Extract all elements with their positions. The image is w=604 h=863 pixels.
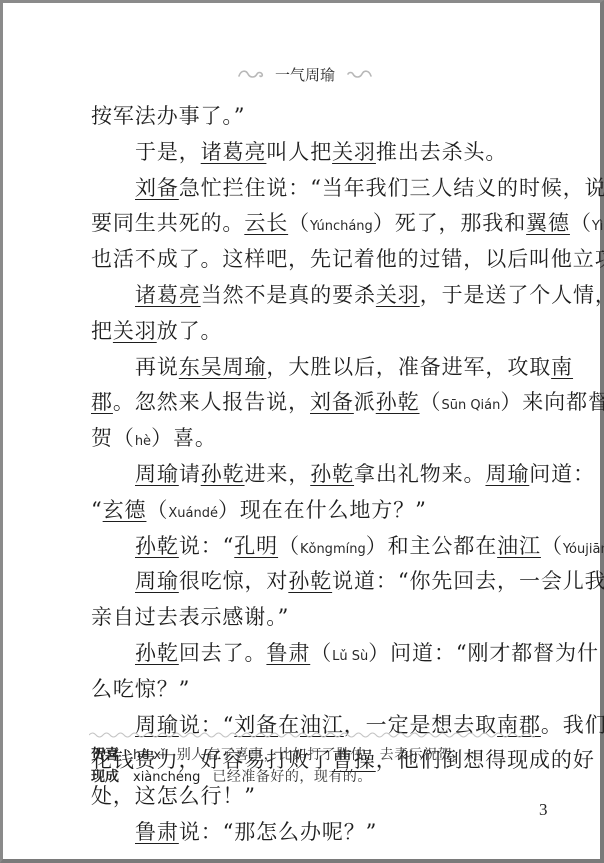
proper-noun: 孙乾 <box>376 390 420 414</box>
glossary-term: 贺喜 <box>91 744 133 766</box>
text-run: 也活不成了。这样吧，先记着他的过错，以后叫他立功。” <box>91 247 604 271</box>
swirl-ornament-right-icon <box>345 67 373 81</box>
text-line: 孙乾回去了。鲁肃（Lǔ Sù）问道：“刚才都督为什 <box>91 636 535 672</box>
text-line: 也活不成了。这样吧，先记着他的过错，以后叫他立功。” <box>91 242 535 278</box>
text-run: 推出去杀头。 <box>376 140 507 164</box>
text-run: （ <box>570 211 592 235</box>
proper-noun: 周瑜 <box>485 462 529 486</box>
text-run: 很吃惊，对 <box>179 569 289 593</box>
text-run: 进来， <box>245 462 311 486</box>
text-run: 要同生共死的。 <box>91 211 244 235</box>
text-line: 郡。忽然来人报告说，刘备派孙乾（Sūn Qián）来向都督 <box>91 385 535 421</box>
glossary-definition: 已经准备好的，现有的。 <box>212 769 372 785</box>
proper-noun: 郡 <box>91 390 113 414</box>
text-run: ）现在在什么地方？” <box>218 498 427 522</box>
proper-noun: 刘备 <box>135 176 179 200</box>
proper-noun: 诸葛亮 <box>135 283 201 307</box>
text-run: 放了。 <box>157 319 223 343</box>
proper-noun: 孔明 <box>234 534 278 558</box>
text-run: ）来向都督 <box>500 390 604 414</box>
text-run: 急忙拦住说：“当年我们三人结义的时候，说过 <box>179 176 604 200</box>
glossary-term: 现成 <box>91 766 133 788</box>
proper-noun: 关羽 <box>376 283 420 307</box>
pinyin-annotation: Yìdé <box>592 219 604 234</box>
glossary-pinyin: hè xǐ <box>133 745 165 767</box>
proper-noun: 孙乾 <box>310 462 354 486</box>
text-run: 。忽然来人报告说， <box>113 390 310 414</box>
proper-noun: 关羽 <box>113 319 157 343</box>
proper-noun: 油江 <box>497 534 541 558</box>
proper-noun: 云长 <box>244 211 288 235</box>
text-run: （ <box>420 390 442 414</box>
proper-noun: 东吴周瑜 <box>179 355 267 379</box>
book-page: 一气周瑜 按军法办事了。”于是，诸葛亮叫人把关羽推出去杀头。刘备急忙拦住说：“当… <box>0 0 604 863</box>
text-line: 周瑜请孙乾进来，孙乾拿出礼物来。周瑜问道： <box>91 457 535 493</box>
text-line: “玄德（Xuándé）现在在什么地方？” <box>91 493 535 529</box>
text-line: 贺（hè）喜。 <box>91 421 535 457</box>
proper-noun: 刘备 <box>310 390 354 414</box>
text-run: 说：“ <box>179 534 234 558</box>
text-line: 鲁肃说：“那怎么办呢？” <box>91 815 535 851</box>
text-run: 说：“那怎么办呢？” <box>179 820 377 844</box>
text-run: 按军法办事了。” <box>91 104 245 128</box>
text-line: 于是，诸葛亮叫人把关羽推出去杀头。 <box>91 135 535 171</box>
proper-noun: 孙乾 <box>135 641 179 665</box>
text-run: 请 <box>179 462 201 486</box>
ornamental-divider <box>89 731 535 739</box>
text-line: 孙乾说：“孔明（Kǒngmíng）和主公都在油江（Yóujiāng）。” <box>91 529 535 565</box>
swirl-ornament-left-icon <box>237 67 265 81</box>
pinyin-annotation: Xuándé <box>168 506 218 521</box>
text-run: （ <box>541 534 563 558</box>
proper-noun: 南 <box>551 355 573 379</box>
text-line: 周瑜很吃惊，对孙乾说道：“你先回去，一会儿我 <box>91 564 535 600</box>
proper-noun: 鲁肃 <box>266 641 310 665</box>
text-run: （ <box>310 641 332 665</box>
proper-noun: 关羽 <box>332 140 376 164</box>
text-run: 叫人把 <box>266 140 332 164</box>
text-run: ，大胜以后，准备进军，攻取 <box>266 355 551 379</box>
pinyin-annotation: Yóujiāng <box>563 542 604 557</box>
proper-noun: 翼德 <box>526 211 570 235</box>
text-run: 问道： <box>529 462 595 486</box>
text-run: ）和主公都在 <box>366 534 497 558</box>
text-run: 贺（ <box>91 426 135 450</box>
pinyin-annotation: Yúncháng <box>310 219 373 234</box>
text-line: 刘备急忙拦住说：“当年我们三人结义的时候，说过 <box>91 171 535 207</box>
text-run: （ <box>278 534 300 558</box>
proper-noun: 玄德 <box>103 498 147 522</box>
text-run: 派 <box>354 390 376 414</box>
text-run: ）死了，那我和 <box>373 211 526 235</box>
page-number: 3 <box>539 800 548 820</box>
glossary-definition: 别人有了喜事，比如打了胜仗，去表示祝贺。 <box>177 747 467 763</box>
text-run: 把 <box>91 319 113 343</box>
proper-noun: 诸葛亮 <box>201 140 267 164</box>
proper-noun: 周瑜 <box>135 569 179 593</box>
text-run: （ <box>288 211 310 235</box>
proper-noun: 周瑜 <box>135 462 179 486</box>
text-line: 诸葛亮当然不是真的要杀关羽，于是送了个人情， <box>91 278 535 314</box>
text-run: 么吃惊？” <box>91 677 190 701</box>
text-line: 要同生共死的。云长（Yúncháng）死了，那我和翼德（Yìdé） <box>91 206 535 242</box>
vocabulary-glossary: 贺喜hè xǐ别人有了喜事，比如打了胜仗，去表示祝贺。现成xiànchéng已经… <box>91 744 537 788</box>
text-run: 拿出礼物来。 <box>354 462 485 486</box>
text-run: （ <box>146 498 168 522</box>
running-head: 一气周瑜 <box>3 62 604 86</box>
text-run: 于是， <box>135 140 201 164</box>
text-run: ，于是送了个人情， <box>420 283 604 307</box>
text-run: 当然不是真的要杀 <box>201 283 376 307</box>
pinyin-annotation: Kǒngmíng <box>300 542 366 557</box>
proper-noun: 孙乾 <box>201 462 245 486</box>
pinyin-annotation: hè <box>135 434 151 449</box>
pinyin-annotation: Lǔ Sù <box>332 649 368 664</box>
text-run: 回去了。 <box>179 641 267 665</box>
text-line: 再说东吴周瑜，大胜以后，准备进军，攻取南 <box>91 350 535 386</box>
text-run: 再说 <box>135 355 179 379</box>
proper-noun: 鲁肃 <box>135 820 179 844</box>
text-run: ）问道：“刚才都督为什 <box>368 641 599 665</box>
text-run: “ <box>91 498 103 522</box>
text-line: 么吃惊？” <box>91 672 535 708</box>
glossary-entry: 现成xiànchéng已经准备好的，现有的。 <box>91 766 537 788</box>
glossary-entry: 贺喜hè xǐ别人有了喜事，比如打了胜仗，去表示祝贺。 <box>91 744 537 766</box>
text-line: 按军法办事了。” <box>91 99 535 135</box>
text-run: 亲自过去表示感谢。” <box>91 605 289 629</box>
text-run: 。我们 <box>541 713 604 737</box>
proper-noun: 孙乾 <box>288 569 332 593</box>
text-line: 把关羽放了。 <box>91 314 535 350</box>
glossary-pinyin: xiànchéng <box>133 767 200 789</box>
proper-noun: 孙乾 <box>135 534 179 558</box>
text-line: 亲自过去表示感谢。” <box>91 600 535 636</box>
chapter-title: 一气周瑜 <box>275 64 335 85</box>
pinyin-annotation: Sūn Qián <box>441 398 500 413</box>
text-run: ）喜。 <box>151 426 217 450</box>
text-run: 说道：“你先回去，一会儿我 <box>332 569 604 593</box>
